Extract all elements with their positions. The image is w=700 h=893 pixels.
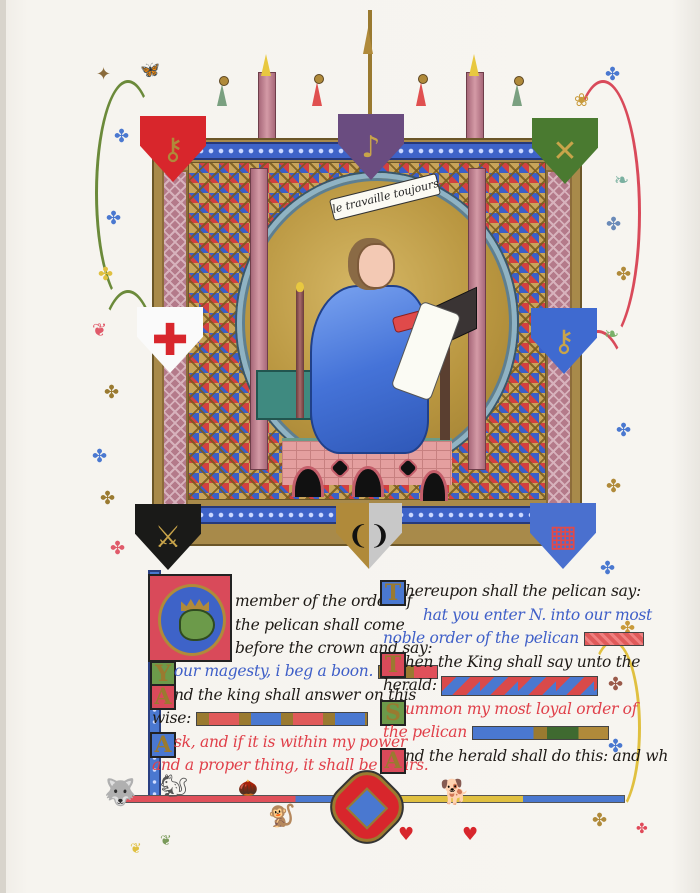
- spire-yellow: [261, 54, 271, 76]
- scan-edge: [0, 0, 6, 893]
- flower-icon: ✤: [98, 266, 113, 284]
- text-column-left: member of the order of the pelican shall…: [235, 590, 385, 661]
- leaf-icon: ❧: [614, 172, 629, 190]
- pelican-icon: [346, 787, 388, 829]
- text-column-left-lower: our magesty, i beg a boon. nd the king s…: [174, 660, 374, 778]
- spire-red: [312, 82, 322, 106]
- finial: [219, 76, 229, 86]
- text-line: ummon my most loyal order of: [405, 698, 615, 722]
- flower-icon: ✤: [110, 540, 125, 558]
- text-line: nd the herald shall do this: and wh: [405, 745, 615, 769]
- candlestick: [296, 288, 304, 418]
- text-line: hat you enter N. into our most: [423, 604, 615, 628]
- line-filler: [584, 632, 644, 646]
- finial: [418, 74, 428, 84]
- flower-icon: ✤: [104, 384, 119, 402]
- initial-t: T: [380, 580, 406, 606]
- leaf-icon: ❧: [604, 326, 619, 344]
- leaf-icon: ❦: [160, 834, 172, 848]
- text-line: before the crown and say:: [235, 637, 385, 661]
- spire-pillar: [466, 72, 484, 140]
- flower-icon: ✤: [106, 210, 121, 228]
- flower-icon: ✤: [616, 422, 631, 440]
- text-line: sk, and if it is within my power: [174, 731, 374, 755]
- text-line: the pelican shall come: [235, 614, 385, 638]
- finial: [514, 76, 524, 86]
- claws-icon: ❨❩: [336, 503, 402, 569]
- line-filler: [441, 676, 598, 696]
- flower-icon: ✤: [92, 448, 107, 466]
- text-line: herald:: [383, 674, 615, 698]
- wolf-head-icon: 🐺: [104, 780, 136, 806]
- finial: [314, 74, 324, 84]
- text-line: hen the King shall say unto the: [405, 651, 615, 675]
- bud-icon: ❀: [574, 92, 589, 110]
- butterfly-icon: 🦋: [140, 62, 160, 78]
- text-line: nd the king shall answer on this: [174, 684, 374, 708]
- flower-icon: ✤: [600, 560, 615, 578]
- acorn-icon: 🌰: [238, 780, 258, 796]
- strawberry-icon: ♥: [398, 826, 414, 844]
- leaf-icon: ❦: [92, 322, 107, 340]
- shield-gold-silver: ❨❩: [336, 503, 402, 569]
- spire-red: [416, 82, 426, 106]
- dragon-head-icon: [179, 609, 215, 641]
- spire-yellow: [469, 54, 479, 76]
- spire: [363, 28, 373, 54]
- checky-icon: ▦: [530, 503, 596, 569]
- text-column-right: hereupon shall the pelican say: hat you …: [405, 580, 615, 768]
- initial-a: A: [380, 748, 406, 774]
- initial-roundel: [158, 584, 226, 656]
- text-line: hereupon shall the pelican say:: [405, 580, 615, 604]
- text-line: noble order of the pelican: [383, 627, 615, 651]
- flower-icon: ✤: [636, 822, 648, 836]
- flower-icon: ✤: [616, 266, 631, 284]
- leaf-icon: ❦: [130, 842, 142, 856]
- flower-icon: ✤: [114, 128, 129, 146]
- shield-checky-blue: ▦: [530, 503, 596, 569]
- strawberry-icon: ♥: [462, 826, 478, 844]
- scribe-head: [357, 243, 395, 289]
- line-filler: [472, 726, 609, 740]
- squirrel-icon: 🐿: [160, 776, 188, 798]
- text-line: our magesty, i beg a boon.: [174, 660, 374, 684]
- candle-flame-icon: [296, 282, 304, 292]
- spire-green: [512, 84, 522, 106]
- text-line: member of the order of: [235, 590, 385, 614]
- flower-icon: ✤: [606, 216, 621, 234]
- historiated-initial-a: [148, 574, 232, 662]
- leaf-icon: ✦: [96, 66, 111, 84]
- flower-icon: ✤: [100, 490, 115, 508]
- monkey-icon: 🐒: [268, 806, 295, 828]
- flower-icon: ✤: [605, 66, 620, 84]
- text-line: the pelican: [383, 721, 615, 745]
- spire-green: [217, 84, 227, 106]
- line-filler: [196, 712, 368, 726]
- manuscript-page: ✦ 🦋 ✤ ✤ ✤ ❦ ✤ ✤ ✤ ✤ ✤ ❀ ❧ ✤ ✤ ❧ ✤ ✤ ✤ ✤ …: [0, 0, 700, 893]
- dog-icon: 🐕: [440, 780, 470, 804]
- shield-swords-black: ⚔: [135, 504, 201, 570]
- text-line: wise:: [152, 707, 374, 731]
- flower-icon: ✤: [592, 812, 607, 830]
- flower-icon: ✤: [606, 478, 621, 496]
- inner-pillar-left: [250, 168, 268, 470]
- spire-pillar: [258, 72, 276, 140]
- crossed-swords-icon: ⚔: [135, 504, 201, 570]
